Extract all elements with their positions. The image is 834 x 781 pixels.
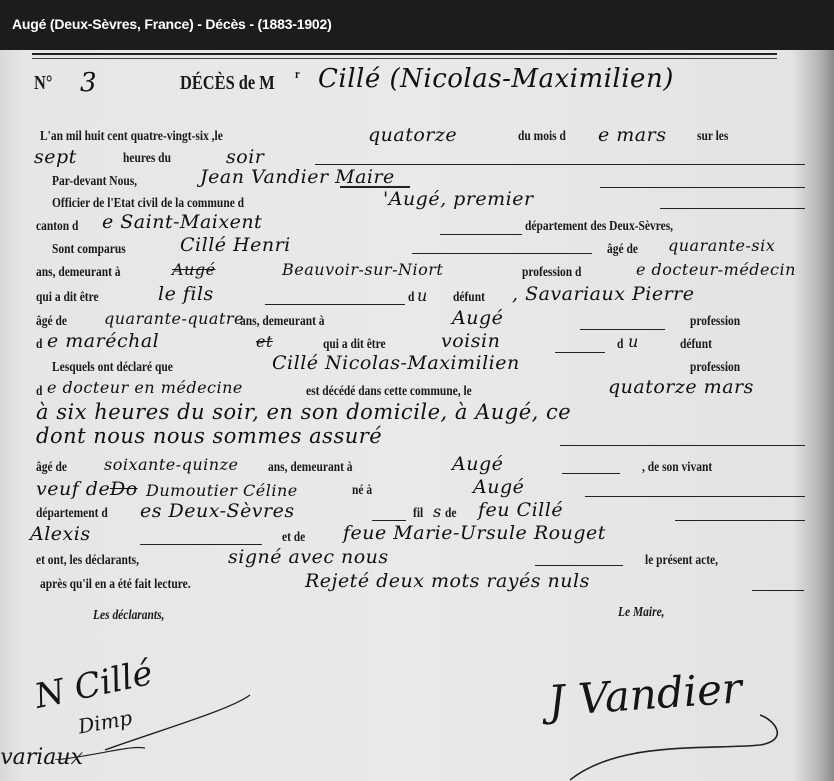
line-17-fill [140, 544, 262, 545]
maire-label: Le Maire, [618, 605, 665, 621]
line-7-hand3: , Savariaux Pierre [512, 283, 694, 305]
line-5-typed2: âgé de [607, 242, 638, 258]
line-16-fill [372, 520, 406, 521]
line-15-hand3: Augé [473, 476, 524, 498]
line-1-hand2: soir [226, 146, 264, 168]
line-12-hand: à six heures du soir, en son domicile, à… [36, 400, 571, 424]
line-18-fill [535, 565, 623, 566]
line-8-hand2: Augé [452, 307, 503, 329]
line-15-typed: né à [352, 483, 372, 499]
line-7-typed2: d [408, 290, 414, 306]
line-5-hand2: quarante-six [668, 236, 775, 255]
line-0-typed: L'an mil huit cent quatre-vingt-six ,le [40, 129, 223, 145]
signature-declarant-flourish [40, 690, 260, 760]
line-9-hand3: u [628, 332, 639, 351]
line-6-hand: Beauvoir-sur-Niort [282, 260, 443, 279]
document-image: N° 3 DÉCÈS de M r Cillé (Nicolas-Maximil… [0, 50, 834, 781]
line-1-fill [315, 164, 805, 165]
line-14-hand: soixante-quinze [104, 455, 239, 474]
line-8-typed2: ans, demeurant à [240, 314, 325, 330]
line-9-typed4: défunt [680, 337, 712, 353]
number-value: 3 [80, 68, 97, 98]
line-0-hand2: e mars [598, 124, 666, 146]
line-11-hand: e docteur en médecine [47, 378, 243, 397]
line-15-hand: veuf de [36, 478, 110, 500]
line-6-hand2: e docteur-médecin [636, 260, 796, 279]
deceased-name: Cillé (Nicolas-Maximilien) [318, 64, 674, 94]
line-14-typed3: , de son vivant [642, 460, 712, 476]
line-13-fill [560, 445, 805, 446]
line-18-hand: signé avec nous [228, 546, 389, 568]
line-15-hand2: Dumoutier Céline [146, 481, 298, 500]
line-7-hand2: u [417, 286, 428, 305]
line-14-typed: âgé de [36, 460, 67, 476]
line-16-hand2: s [433, 502, 442, 521]
line-4-typed2: département des Deux-Sèvres, [525, 219, 673, 235]
top-rule [32, 53, 777, 59]
line-9-typed: d [36, 337, 42, 353]
line-17-hand: Alexis [30, 523, 91, 545]
number-label: N° [34, 72, 52, 95]
line-8-hand: quarante-quatre [104, 309, 244, 328]
line-5-hand: Cillé Henri [180, 234, 291, 256]
line-16-typed: département d [36, 506, 108, 522]
line-19-hand: Rejeté deux mots rayés nuls [305, 570, 590, 592]
line-6-struck: Augé [172, 260, 216, 279]
line-16-hand: es Deux-Sèvres [140, 500, 295, 522]
line-14-hand2: Augé [452, 453, 503, 475]
line-5-fill [412, 253, 592, 254]
line-7-typed3: défunt [453, 290, 485, 306]
line-8-typed3: profession [690, 314, 740, 330]
line-7-typed: qui a dit être [36, 290, 99, 306]
declarants-label: Les déclarants, [93, 608, 164, 624]
line-15-struck: Do [110, 478, 138, 500]
line-9-fill [555, 352, 605, 353]
line-9-typed3: d [617, 337, 623, 353]
line-10-hand: Cillé Nicolas-Maximilien [272, 352, 520, 374]
line-18-typed2: le présent acte, [645, 553, 718, 569]
line-11-hand2: quatorze mars [608, 376, 754, 398]
line-11-typed2: est décédé dans cette commune, le [306, 384, 472, 400]
line-0-typed2: du mois d [518, 129, 566, 145]
line-1-typed: heures du [123, 151, 171, 167]
line-16-typed3: de [445, 506, 456, 522]
line-6-typed2: profession d [522, 265, 581, 281]
line-2-fill [600, 187, 805, 188]
line-9-hand: e maréchal [47, 330, 159, 352]
line-0-typed3: sur les [697, 129, 728, 145]
line-10-typed: Lesquels ont déclaré que [52, 360, 173, 376]
line-16-fill2 [675, 520, 805, 521]
line-2-hand: Jean Vandier Maire [200, 166, 395, 188]
line-15-fill [585, 496, 805, 497]
line-3-typed: Officier de l'Etat civil de la commune d [52, 196, 244, 212]
line-0-hand: quatorze [368, 124, 457, 146]
line-14-fill [562, 473, 620, 474]
line-3-hand: 'Augé, premier [383, 188, 534, 210]
deces-label: DÉCÈS de M [180, 72, 275, 95]
line-4-fill [440, 234, 522, 235]
deces-sup: r [295, 66, 300, 82]
line-5-typed: Sont comparus [52, 242, 126, 258]
line-8-typed: âgé de [36, 314, 67, 330]
title-bar: Augé (Deux-Sèvres, France) - Décès - (18… [0, 0, 834, 50]
line-9-typed2: qui a dit être [323, 337, 386, 353]
line-2-typed: Par-devant Nous, [52, 174, 137, 190]
line-4-hand: e Saint-Maixent [102, 211, 262, 233]
line-3-fill [660, 208, 805, 209]
line-9-hand2: voisin [441, 330, 500, 352]
line-6-typed: ans, demeurant à [36, 265, 121, 281]
line-16-typed2: fil [413, 506, 423, 522]
line-9-struck: et [256, 332, 273, 351]
signature-flourish [560, 710, 790, 781]
line-19-fill [752, 590, 804, 591]
line-19-typed: après qu'il en a été fait lecture. [40, 577, 191, 593]
page-title: Augé (Deux-Sèvres, France) - Décès - (18… [12, 16, 332, 32]
line-17-typed: et de [282, 530, 305, 546]
line-17-hand2: feue Marie-Ursule Rouget [343, 522, 606, 544]
line-16-hand3: feu Cillé [478, 499, 563, 521]
line-4-typed: canton d [36, 219, 78, 235]
line-11-typed: d [36, 384, 42, 400]
line-18-typed: et ont, les déclarants, [36, 553, 139, 569]
line-7-hand: le fils [158, 283, 214, 305]
line-1-hand: sept [34, 146, 77, 168]
line-13-hand: dont nous nous sommes assuré [36, 424, 382, 448]
line-14-typed2: ans, demeurant à [268, 460, 353, 476]
line-7-fill [265, 304, 405, 305]
line-10-typed2: profession [690, 360, 740, 376]
line-8-fill [580, 329, 665, 330]
